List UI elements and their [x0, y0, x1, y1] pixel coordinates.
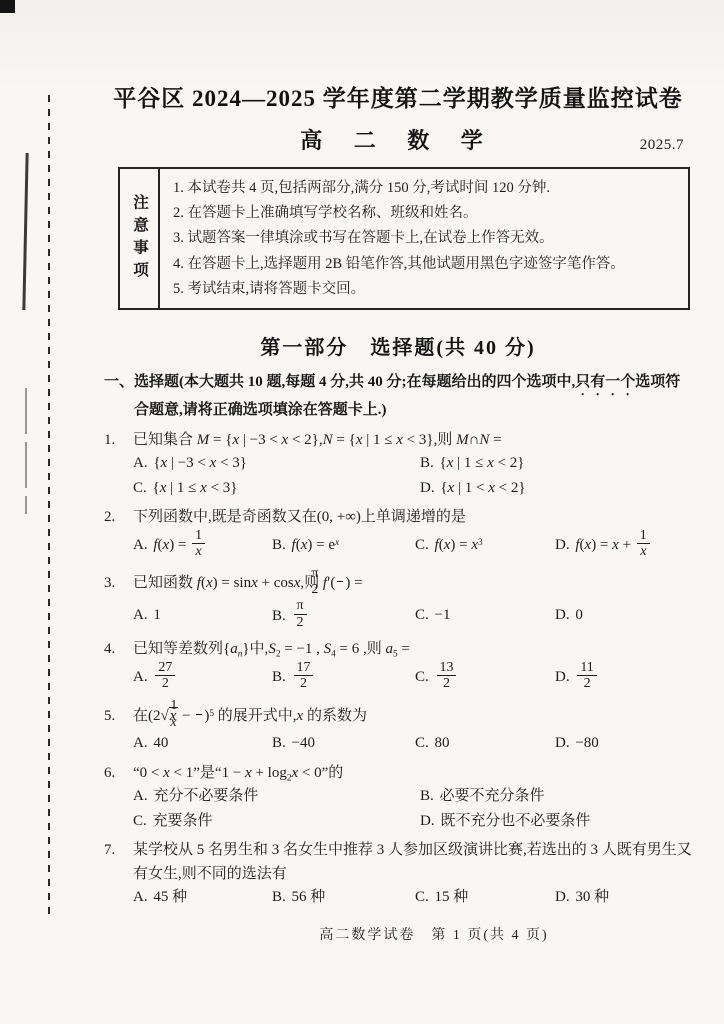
- question-item: 4.已知等差数列{an}中,S2 = −1 , S4 = 6 ,则 a5 = A…: [104, 638, 692, 694]
- notice-item: 2. 在答题卡上准确填写学校名称、班级和姓名。: [173, 201, 680, 226]
- notice-item: 4. 在答题卡上,选择题用 2B 铅笔作答,其他试题用黑色字迹签字笔作答。: [173, 252, 680, 277]
- option: A. 1: [133, 604, 272, 628]
- question-number: 5.: [104, 705, 133, 729]
- option-body: 15 种: [435, 889, 469, 905]
- option: A. 272: [133, 662, 272, 694]
- notice-item: 5. 考试结束,请将答题卡交回。: [173, 277, 680, 302]
- question-options: A. f(x) = 1xB. f(x) = exC. f(x) = x3D. f…: [133, 530, 692, 562]
- option: B. π2: [272, 600, 415, 632]
- option-label: D.: [420, 480, 435, 496]
- question-options: A. 40B. −40C. 80D. −80: [133, 732, 692, 756]
- question-stem: 5.在(2√x − 1x)5 的展开式中,x 的系数为: [104, 700, 692, 732]
- option-body: 112: [575, 669, 598, 685]
- question-text: 在(2√x − 1x)5 的展开式中,x 的系数为: [133, 708, 367, 724]
- question-stem: 6.“0 < x < 1”是“1 − x + log2x < 0”的: [104, 762, 692, 786]
- option: C. 80: [415, 732, 555, 756]
- question-stem: 1.已知集合 M = {x | −3 < x < 2},N = {x | 1 ≤…: [104, 429, 692, 453]
- option-label: A.: [133, 537, 148, 553]
- option-body: {x | 1 ≤ x < 2}: [440, 455, 525, 471]
- option-label: B.: [420, 455, 434, 471]
- option-body: f(x) = 1x: [153, 537, 207, 553]
- option-label: A.: [133, 735, 148, 751]
- option: A. {x | −3 < x < 3}: [133, 452, 420, 476]
- question-number: 1.: [104, 429, 133, 453]
- option-label: C.: [415, 735, 429, 751]
- binding-mark-bottom: [25, 388, 27, 514]
- question-item: 7.某学校从 5 名男生和 3 名女生中推荐 3 人参加区级演讲比赛,若选出的 …: [104, 839, 692, 910]
- notice-item: 1. 本试卷共 4 页,包括两部分,满分 150 分,考试时间 120 分钟.: [173, 176, 680, 201]
- question-options: A. 272B. 172C. 132D. 112: [133, 662, 692, 694]
- option-body: 必要不充分条件: [440, 788, 545, 804]
- question-text: 已知集合 M = {x | −3 < x < 2},N = {x | 1 ≤ x…: [133, 432, 502, 448]
- option: B. 172: [272, 662, 415, 694]
- question-item: 1.已知集合 M = {x | −3 < x < 2},N = {x | 1 ≤…: [104, 429, 692, 501]
- option-label: C.: [415, 537, 429, 553]
- option: B. −40: [272, 732, 415, 756]
- question-number: 3.: [104, 572, 133, 596]
- option: D. 112: [555, 662, 692, 694]
- question-stem: 4.已知等差数列{an}中,S2 = −1 , S4 = 6 ,则 a5 =: [104, 638, 692, 662]
- option-body: f(x) = ex: [292, 537, 340, 553]
- question-item: 3.已知函数 f(x) = sinx + cosx,则 f′(π2) = A. …: [104, 568, 692, 633]
- option-body: −1: [435, 607, 451, 623]
- option: C. 充要条件: [133, 810, 420, 834]
- option-body: 充要条件: [153, 813, 213, 829]
- option: A. 45 种: [133, 886, 272, 910]
- option-label: C.: [415, 889, 429, 905]
- option: A. 40: [133, 732, 272, 756]
- option-body: {x | 1 ≤ x < 3}: [153, 480, 238, 496]
- option: B. 必要不充分条件: [420, 785, 692, 809]
- binding-mark-top: [22, 153, 28, 310]
- question-number: 7.: [104, 839, 133, 863]
- question-item: 5.在(2√x − 1x)5 的展开式中,x 的系数为 A. 40B. −40C…: [104, 700, 692, 756]
- option-label: D.: [555, 889, 570, 905]
- corner-scan-mark: [0, 0, 15, 13]
- option: C. 15 种: [415, 886, 555, 910]
- option-body: 132: [435, 669, 459, 685]
- option-body: f(x) = x + 1x: [575, 537, 651, 553]
- option-body: {x | −3 < x < 3}: [153, 455, 247, 471]
- exam-paper-page: 平谷区 2024—2025 学年度第二学期教学质量监控试卷 高 二 数 学 20…: [0, 0, 724, 1024]
- option-body: 80: [435, 735, 450, 751]
- exam-title: 平谷区 2024—2025 学年度第二学期教学质量监控试卷: [104, 84, 692, 114]
- option-body: 30 种: [575, 889, 609, 905]
- question-number: 6.: [104, 762, 133, 786]
- question-number: 4.: [104, 638, 133, 662]
- option: D. 0: [555, 604, 692, 628]
- option-label: B.: [420, 788, 434, 804]
- option-body: 既不充分也不必要条件: [440, 813, 590, 829]
- option-label: A.: [133, 669, 148, 685]
- footer-text: 高二数学试卷 第 1 页(共 4 页): [72, 924, 724, 944]
- questions: 1.已知集合 M = {x | −3 < x < 2},N = {x | 1 ≤…: [104, 429, 692, 910]
- option-body: 272: [153, 669, 177, 685]
- question-stem: 2.下列函数中,既是奇函数又在(0, +∞)上单调递增的是: [104, 506, 692, 530]
- notice-box: 注意事项 1. 本试卷共 4 页,包括两部分,满分 150 分,考试时间 120…: [118, 167, 690, 310]
- option-label: B.: [272, 669, 286, 685]
- option-label: A.: [133, 455, 148, 471]
- question-text: 下列函数中,既是奇函数又在(0, +∞)上单调递增的是: [133, 509, 466, 525]
- option: D. 30 种: [555, 886, 692, 910]
- option-body: −80: [575, 735, 598, 751]
- option-label: C.: [415, 669, 429, 685]
- exam-subject: 高 二 数 学: [104, 126, 692, 156]
- notice-item: 3. 试题答案一律填涂或书写在答题卡上,在试卷上作答无效。: [173, 226, 680, 251]
- option-body: −40: [292, 735, 315, 751]
- question-options: A. 1B. π2C. −1D. 0: [133, 600, 692, 632]
- option-label: A.: [133, 607, 148, 623]
- page-content: 平谷区 2024—2025 学年度第二学期教学质量监控试卷 高 二 数 学 20…: [104, 84, 692, 944]
- subtitle-row: 高 二 数 学 2025.7: [104, 126, 692, 156]
- option-label: B.: [272, 608, 286, 624]
- option-body: 1: [153, 607, 161, 623]
- page-fold-dashed-line: [48, 95, 50, 915]
- option: D. 既不充分也不必要条件: [420, 810, 692, 834]
- option: A. 充分不必要条件: [133, 785, 420, 809]
- option: C. −1: [415, 604, 555, 628]
- option-label: A.: [133, 889, 148, 905]
- option-label: D.: [555, 669, 570, 685]
- option-body: f(x) = x3: [435, 537, 483, 553]
- notice-label: 注意事项: [120, 169, 160, 308]
- option: B. f(x) = ex: [272, 534, 415, 558]
- notice-list: 1. 本试卷共 4 页,包括两部分,满分 150 分,考试时间 120 分钟. …: [160, 169, 688, 308]
- option-label: D.: [555, 735, 570, 751]
- option-label: C.: [415, 607, 429, 623]
- option-body: π2: [292, 608, 309, 624]
- option-body: {x | 1 < x < 2}: [440, 480, 525, 496]
- question-text: “0 < x < 1”是“1 − x + log2x < 0”的: [133, 765, 343, 781]
- question-text: 已知等差数列{an}中,S2 = −1 , S4 = 6 ,则 a5 =: [133, 641, 410, 657]
- option: B. {x | 1 ≤ x < 2}: [420, 452, 692, 476]
- option-body: 56 种: [292, 889, 326, 905]
- option-label: B.: [272, 889, 286, 905]
- option-body: 0: [575, 607, 583, 623]
- option-label: D.: [420, 813, 435, 829]
- question-options: A. 充分不必要条件B. 必要不充分条件C. 充要条件D. 既不充分也不必要条件: [133, 785, 692, 833]
- question-text: 已知函数 f(x) = sinx + cosx,则 f′(π2) =: [133, 575, 363, 591]
- option-label: B.: [272, 537, 286, 553]
- question-text: 某学校从 5 名男生和 3 名女生中推荐 3 人参加区级演讲比赛,若选出的 3 …: [133, 842, 692, 882]
- question-options: A. 45 种B. 56 种C. 15 种D. 30 种: [133, 886, 692, 910]
- question-item: 6.“0 < x < 1”是“1 − x + log2x < 0”的 A. 充分…: [104, 762, 692, 834]
- option: D. f(x) = x + 1x: [555, 530, 692, 562]
- option-body: 40: [153, 735, 168, 751]
- option: C. 132: [415, 662, 555, 694]
- question-number: 2.: [104, 506, 133, 530]
- option-body: 充分不必要条件: [153, 788, 258, 804]
- question-stem: 7.某学校从 5 名男生和 3 名女生中推荐 3 人参加区级演讲比赛,若选出的 …: [104, 839, 692, 886]
- option-label: D.: [555, 537, 570, 553]
- option-body: 172: [292, 669, 316, 685]
- option: D. −80: [555, 732, 692, 756]
- option: A. f(x) = 1x: [133, 530, 272, 562]
- option-label: D.: [555, 607, 570, 623]
- option: C. {x | 1 ≤ x < 3}: [133, 477, 420, 501]
- option-body: 45 种: [153, 889, 187, 905]
- option: B. 56 种: [272, 886, 415, 910]
- option-label: B.: [272, 735, 286, 751]
- option-label: C.: [133, 480, 147, 496]
- question-stem: 3.已知函数 f(x) = sinx + cosx,则 f′(π2) =: [104, 568, 692, 600]
- option: C. f(x) = x3: [415, 534, 555, 558]
- question-item: 2.下列函数中,既是奇函数又在(0, +∞)上单调递增的是 A. f(x) = …: [104, 506, 692, 562]
- section-instruction: 一、选择题(本大题共 10 题,每题 4 分,共 40 分;在每题给出的四个选项…: [104, 371, 692, 423]
- exam-date: 2025.7: [640, 137, 684, 154]
- question-options: A. {x | −3 < x < 3}B. {x | 1 ≤ x < 2}C. …: [133, 452, 692, 500]
- option: D. {x | 1 < x < 2}: [420, 477, 692, 501]
- option-label: C.: [133, 813, 147, 829]
- option-label: A.: [133, 788, 148, 804]
- section-heading: 第一部分 选择题(共 40 分): [104, 331, 692, 360]
